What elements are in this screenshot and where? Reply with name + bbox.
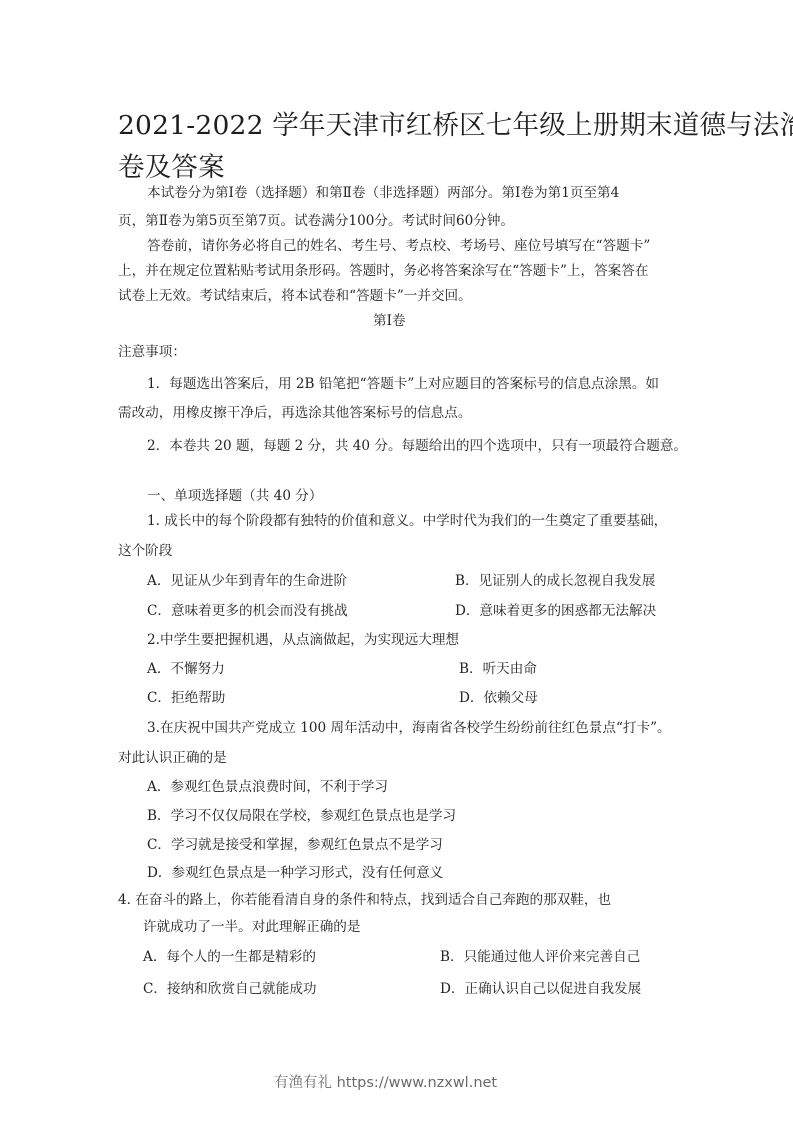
note-1-line-2: 需改动，用橡皮擦干净后，再选涂其他答案标号的信息点。 [118, 407, 471, 421]
question-3-stem-line-1: 3.在庆祝中国共产党成立 100 周年活动中，海南省各校学生纷纷前往红色景点“打… [147, 722, 671, 736]
question-4-option-a: A．每个人的一生都是精彩的 [143, 951, 316, 965]
part-heading: 第Ⅰ卷 [373, 315, 406, 329]
question-3-stem-line-2: 对此认识正确的是 [118, 752, 227, 766]
intro-line-1: 本试卷分为第Ⅰ卷（选择题）和第Ⅱ卷（非选择题）两部分。第Ⅰ卷为第1页至第4 [147, 187, 619, 201]
document-title-line-1: 2021-2022 学年天津市红桥区七年级上册期末道德与法治试 [118, 103, 793, 142]
question-3-option-b: B．学习不仅仅局限在学校，参观红色景点也是学习 [147, 810, 456, 824]
question-2-option-d: D．依赖父母 [459, 692, 538, 706]
question-2-option-c: C．拒绝帮助 [147, 692, 225, 706]
question-3-option-c: C．学习就是接受和掌握，参观红色景点不是学习 [147, 839, 443, 853]
intro-line-4: 上，并在规定位置粘贴考试用条形码。答题时，务必将答案涂写在“答题卡”上，答案答在 [118, 265, 648, 279]
footer-watermark: 有渔有礼 https://www.nzxwl.net [274, 1071, 497, 1092]
section-heading: 一、单项选择题（共 40 分） [147, 490, 322, 504]
question-4-stem-line-2: 许就成功了一半。对此理解正确的是 [143, 921, 361, 935]
notes-heading: 注意事项： [118, 346, 186, 360]
intro-line-5: 试卷上无效。考试结束后，将本试卷和“答题卡”一并交回。 [118, 290, 472, 304]
question-2-option-b: B．听天由命 [459, 663, 537, 677]
question-2-option-a: A．不懈努力 [147, 663, 225, 677]
question-1-option-a: A．见证从少年到青年的生命进阶 [147, 575, 347, 589]
question-1-option-d: D．意味着更多的困惑都无法解决 [455, 605, 656, 619]
question-1-option-b: B．见证别人的成长忽视自我发展 [455, 575, 655, 589]
question-1-stem-line-2: 这个阶段 [118, 545, 172, 559]
note-1-line-1: 1．每题选出答案后，用 2B 铅笔把“答题卡”上对应题目的答案标号的信息点涂黑。… [147, 378, 659, 392]
question-4-option-b: B．只能通过他人评价来完善自己 [440, 951, 640, 965]
question-3-option-a: A．参观红色景点浪费时间，不利于学习 [147, 781, 388, 795]
question-4-stem-line-1: 4. 在奋斗的路上，你若能看清自身的条件和特点，找到适合自己奔跑的那双鞋，也 [118, 894, 611, 908]
question-3-option-d: D．参观红色景点是一种学习形式，没有任何意义 [147, 867, 443, 881]
note-2: 2．本卷共 20 题，每题 2 分，共 40 分。每题给出的四个选项中，只有一项… [147, 440, 687, 454]
intro-line-3: 答卷前，请你务必将自己的姓名、考生号、考点校、考场号、座位号填写在“答题卡” [147, 240, 650, 254]
question-4-option-d: D．正确认识自己以促进自我发展 [440, 983, 641, 997]
document-title-line-2: 卷及答案 [118, 145, 225, 184]
question-2-stem: 2.中学生要把握机遇，从点滴做起，为实现远大理想 [147, 634, 459, 648]
question-1-option-c: C．意味着更多的机会而没有挑战 [147, 605, 348, 619]
question-4-option-c: C．接纳和欣赏自己就能成功 [143, 983, 317, 997]
intro-line-2: 页，第Ⅱ卷为第5页至第7页。试卷满分100分。考试时间60分钟。 [118, 215, 514, 229]
question-1-stem-line-1: 1. 成长中的每个阶段都有独特的价值和意义。中学时代为我们的一生奠定了重要基础， [147, 515, 667, 529]
